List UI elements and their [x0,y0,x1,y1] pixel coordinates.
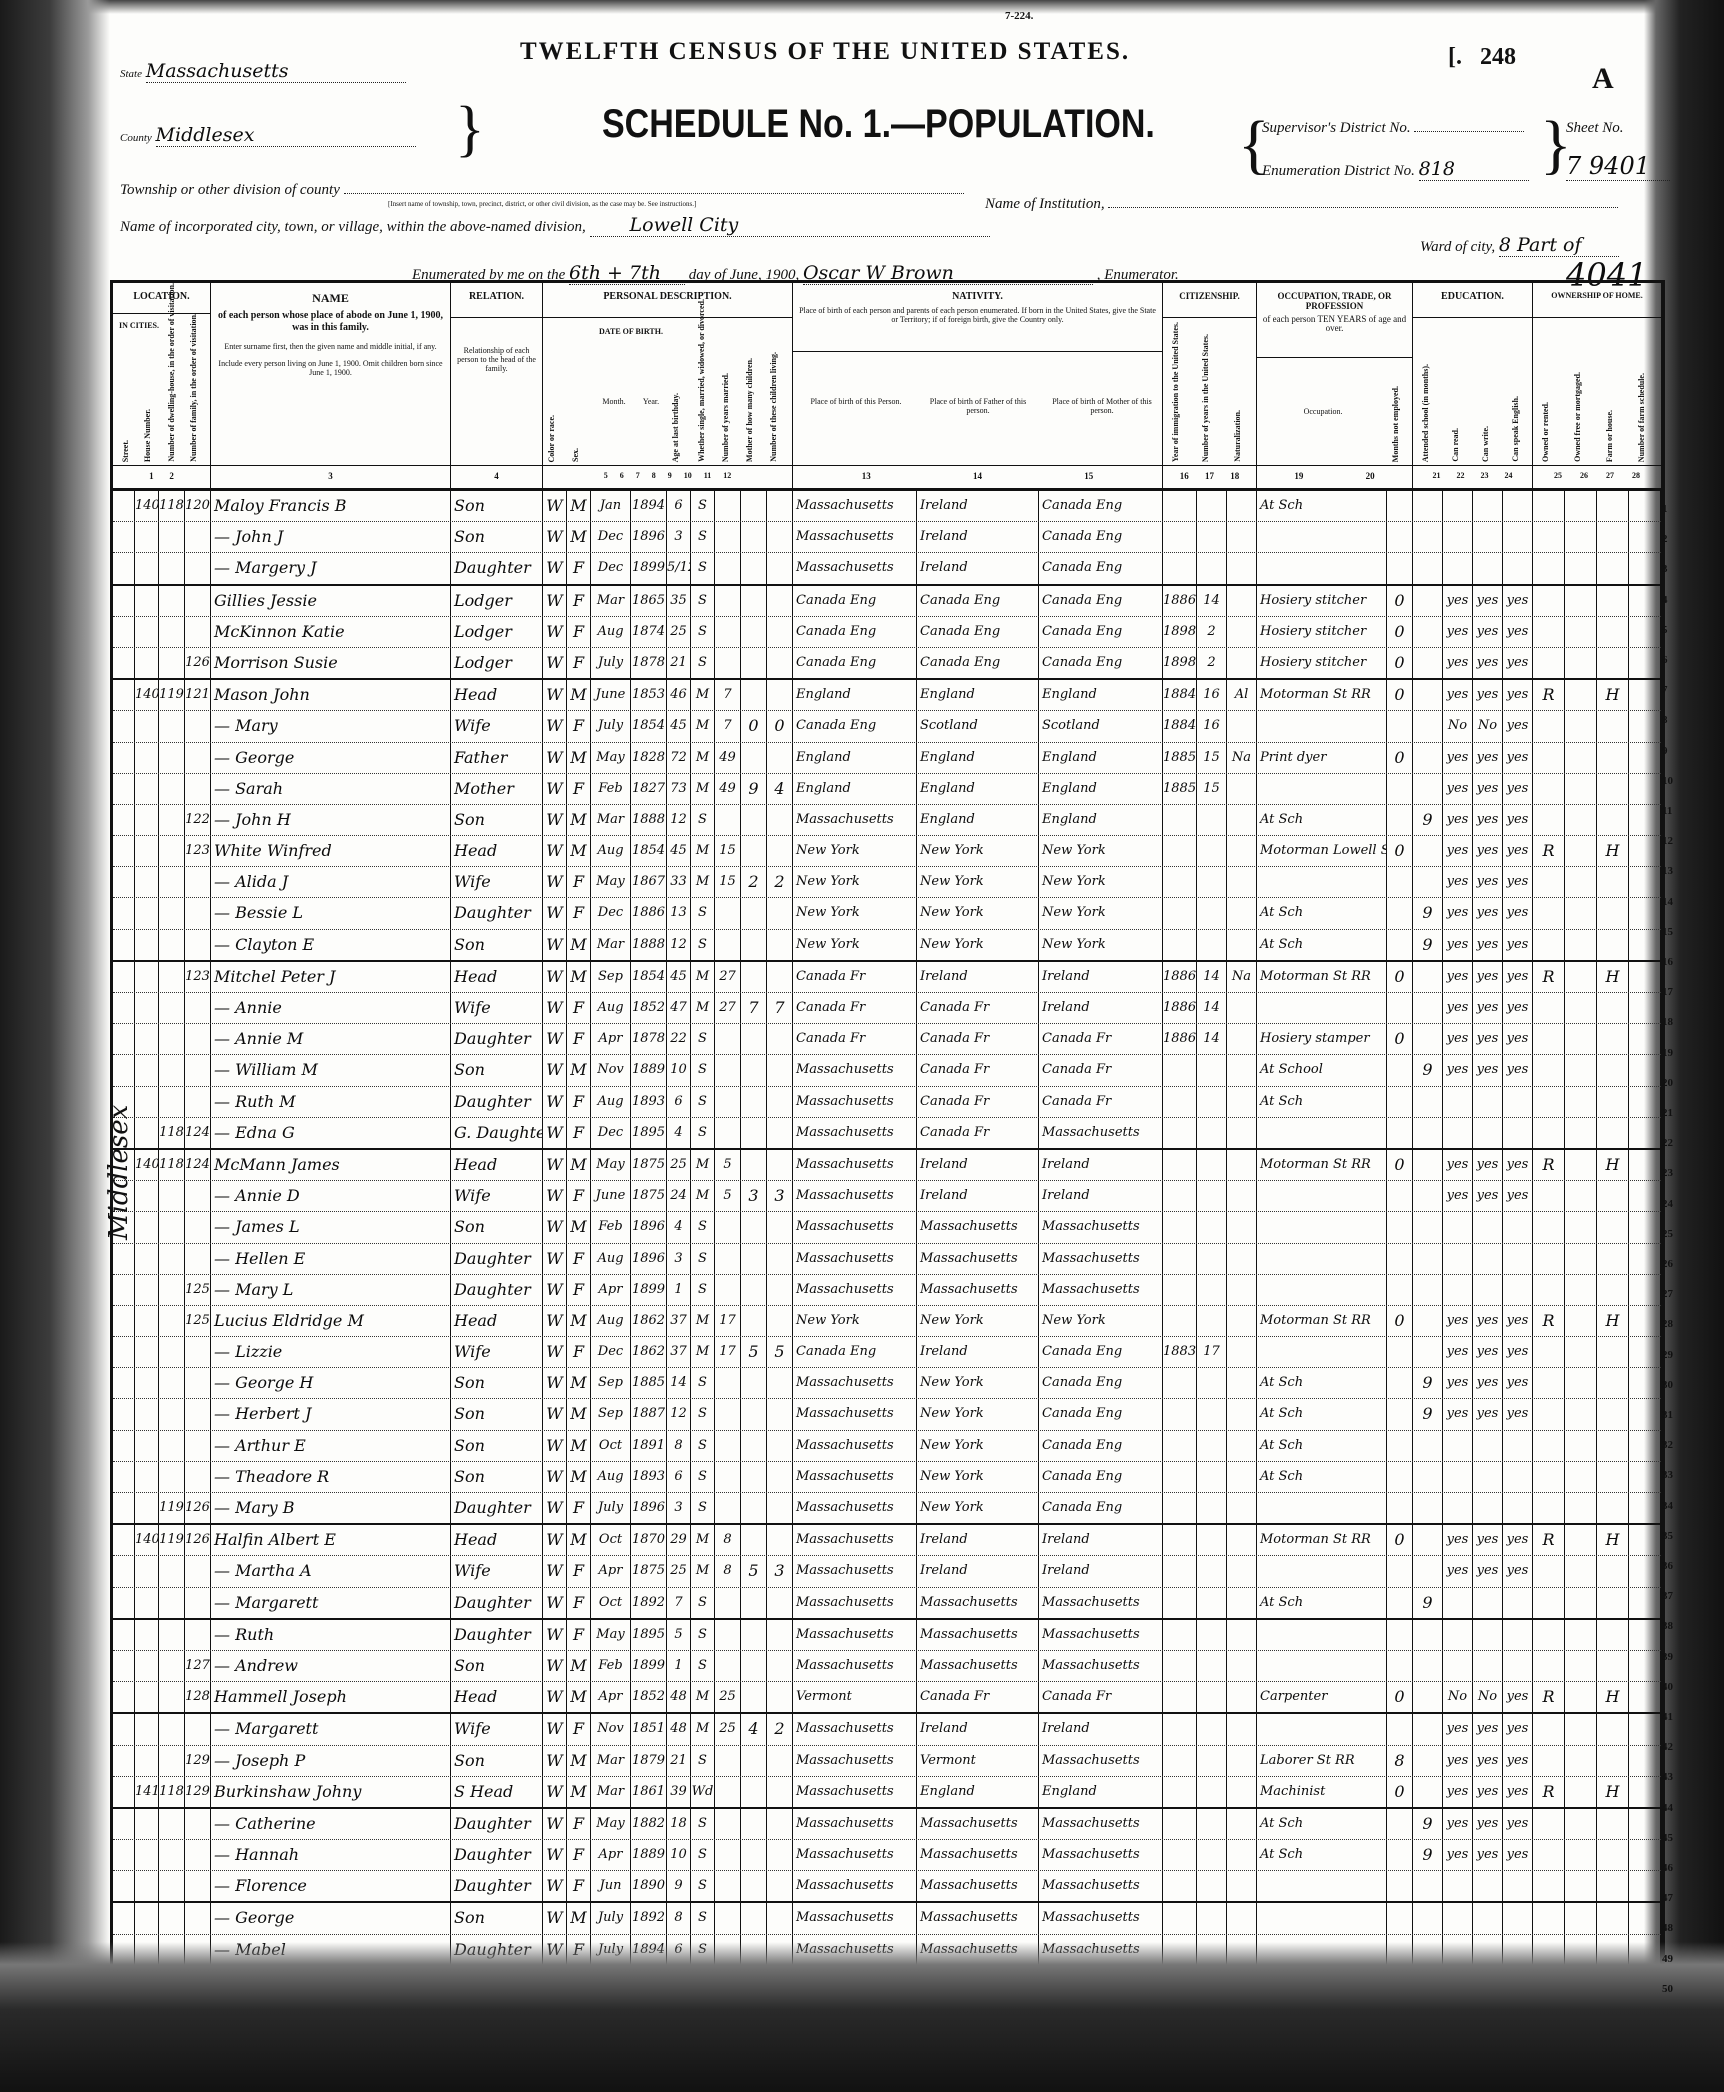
cell-month: Mar [591,930,631,960]
cell-month: Mar [591,586,631,616]
cell-mother-of: 5 [741,1337,767,1367]
cell-schedule [1629,743,1661,773]
cell-street [113,1840,135,1870]
cell-relation: Wife [451,1714,543,1744]
cell-mother-of [741,1368,767,1398]
cell-street [113,648,135,678]
cell-name: — Martha A [211,1556,451,1586]
cell-name: Maloy Francis B [211,491,451,521]
cell-schedule [1629,711,1661,741]
cell-school [1413,1087,1443,1117]
cell-family: 123 [185,962,211,992]
cell-english: yes [1503,1306,1533,1336]
cell-color: W [543,1368,567,1398]
cell-birth-mother: Canada Fr [1039,1087,1163,1117]
cell-relation: Mother [451,774,543,804]
table-row: — GeorgeFatherWMMay182872M49EnglandEngla… [113,743,1661,774]
cell-immig [1163,1682,1197,1712]
cell-birth-father: England [917,680,1039,710]
cell-free [1565,867,1597,897]
cell-immig: 1885 [1163,743,1197,773]
cell-sex: F [567,1714,591,1744]
cell-owned [1533,993,1565,1023]
cell-birth-person: New York [793,898,917,928]
line-number: 33 [1662,1469,1673,1481]
cell-age: 6 [667,491,691,521]
cell-marital: S [691,1244,715,1274]
cell-years-us: 16 [1197,711,1227,741]
cell-owned [1533,1651,1565,1681]
cell-immig [1163,1181,1197,1211]
cell-school [1413,1244,1443,1274]
cell-living [767,898,793,928]
cell-immig [1163,1588,1197,1618]
table-row: 118124— Edna GG. DaughterWFDec18954SMass… [113,1118,1661,1150]
cell-year: 1851 [631,1714,667,1744]
cell-living [767,1055,793,1085]
cell-write: yes [1473,805,1503,835]
cell-owned [1533,898,1565,928]
cell-birth-person: England [793,680,917,710]
table-row: — Alida JWifeWFMay186733M1522New YorkNew… [113,867,1661,898]
cell-birth-mother: Canada Eng [1039,586,1163,616]
cell-years-us [1197,1150,1227,1180]
cell-years-married: 7 [715,680,741,710]
table-row: — GeorgeSonWMJuly18928SMassachusettsMass… [113,1903,1661,1934]
cell-owned [1533,1024,1565,1054]
cell-house [135,1244,159,1274]
cell-occupation [1257,1903,1387,1933]
cell-sex: M [567,1306,591,1336]
cell-birth-mother: Canada Eng [1039,1337,1163,1367]
cell-year: 1899 [631,1651,667,1681]
sheet-letter: A [1592,62,1614,96]
cell-house [135,1903,159,1933]
cell-birth-father: Ireland [917,1525,1039,1555]
cell-name: — Andrew [211,1651,451,1681]
line-number: 35 [1662,1530,1673,1542]
table-row: — Martha AWifeWFApr187525M853Massachuset… [113,1556,1661,1587]
cell-read [1443,1087,1473,1117]
cell-occupation: At Sch [1257,1368,1387,1398]
cell-relation: Daughter [451,898,543,928]
cell-write [1473,1903,1503,1933]
cell-dwelling [159,1087,185,1117]
cell-name: Mitchel Peter J [211,962,451,992]
cell-family: 125 [185,1275,211,1305]
cell-mother-of: 9 [741,774,767,804]
scan-edge-top [0,0,1724,14]
line-number: 5 [1662,624,1668,636]
cell-schedule [1629,1212,1661,1242]
line-number: 4 [1662,594,1668,606]
cell-read [1443,1212,1473,1242]
cell-years-married [715,491,741,521]
cell-farm [1597,1118,1629,1148]
cell-sex: M [567,930,591,960]
cell-occupation: Laborer St RR [1257,1746,1387,1776]
cell-relation: Head [451,962,543,992]
cell-english [1503,1431,1533,1461]
cell-write: yes [1473,1809,1503,1839]
township-value [344,193,964,194]
cell-name: — Hellen E [211,1244,451,1274]
cell-occupation: Motorman St RR [1257,962,1387,992]
name-group-label: NAME [211,283,450,306]
cell-owned [1533,1840,1565,1870]
cell-school: 9 [1413,805,1443,835]
cell-street [113,1746,135,1776]
cell-years-married [715,1275,741,1305]
cell-write [1473,1651,1503,1681]
cell-marital: M [691,1306,715,1336]
line-number: 38 [1662,1620,1673,1632]
cell-birth-mother: Ireland [1039,962,1163,992]
cell-years-us [1197,898,1227,928]
cell-street [113,522,135,552]
cell-marital: S [691,522,715,552]
cell-english: yes [1503,1556,1533,1586]
cell-relation: Son [451,1431,543,1461]
cell-write: yes [1473,1181,1503,1211]
cell-birth-person: Massachusetts [793,1399,917,1429]
cell-years-married: 49 [715,774,741,804]
cell-read: yes [1443,743,1473,773]
cell-year: 1896 [631,522,667,552]
cell-occupation: At School [1257,1055,1387,1085]
line-number: 24 [1662,1198,1673,1210]
cell-unemployed [1387,1871,1413,1901]
cell-unemployed: 0 [1387,1150,1413,1180]
cell-marital: M [691,1181,715,1211]
cell-natz [1227,1024,1257,1054]
cell-age: 37 [667,1337,691,1367]
cell-years-us: 14 [1197,993,1227,1023]
table-row: 128Hammell JosephHeadWMApr185248M25Vermo… [113,1682,1661,1714]
cell-relation: Son [451,1903,543,1933]
cell-occupation: Motorman St RR [1257,1306,1387,1336]
cell-unemployed: 0 [1387,680,1413,710]
cell-years-us [1197,1244,1227,1274]
cell-marital: S [691,1024,715,1054]
cell-color: W [543,1212,567,1242]
cell-immig: 1884 [1163,680,1197,710]
cell-street [113,1244,135,1274]
township-field: Township or other division of county [120,182,980,199]
cell-family [185,1556,211,1586]
cell-english [1503,1275,1533,1305]
cell-occupation [1257,522,1387,552]
nativity-desc: Place of birth of each person and parent… [793,302,1162,328]
cell-sex: F [567,1024,591,1054]
cell-age: 12 [667,805,691,835]
cell-natz [1227,1777,1257,1807]
cell-owned [1533,1871,1565,1901]
cell-natz: Al [1227,680,1257,710]
cell-house [135,1493,159,1523]
cell-relation: Daughter [451,1087,543,1117]
cell-month: Dec [591,1118,631,1148]
relation-desc: Relationship of each person to the head … [451,342,542,377]
cell-sex: F [567,586,591,616]
cell-relation: Head [451,680,543,710]
cell-month: Apr [591,1840,631,1870]
cell-schedule [1629,836,1661,866]
cell-farm [1597,1493,1629,1523]
cell-free [1565,648,1597,678]
cell-owned [1533,1118,1565,1148]
cell-write: yes [1473,1840,1503,1870]
cell-natz [1227,1275,1257,1305]
cell-immig [1163,1275,1197,1305]
cell-street [113,1024,135,1054]
cell-years-married [715,1244,741,1274]
cell-sex: F [567,648,591,678]
cell-dwelling [159,1588,185,1618]
mother-of-label: Mother of how many children. [745,358,754,462]
cell-living [767,1368,793,1398]
cell-free [1565,1212,1597,1242]
cell-school [1413,1903,1443,1933]
cell-color: W [543,1525,567,1555]
cell-month: June [591,680,631,710]
cell-write: yes [1473,898,1503,928]
cell-age: 29 [667,1525,691,1555]
cell-year: 1886 [631,898,667,928]
cell-year: 1887 [631,1399,667,1429]
cell-sex: F [567,1809,591,1839]
line-number: 29 [1662,1349,1673,1361]
table-row: McKinnon KatieLodgerWFAug187425SCanada E… [113,617,1661,648]
cell-read [1443,1620,1473,1650]
cell-house [135,586,159,616]
cell-birth-mother: Canada Fr [1039,1024,1163,1054]
cell-street [113,743,135,773]
cell-age: 10 [667,1840,691,1870]
cell-name: — George H [211,1368,451,1398]
cell-house [135,711,159,741]
cell-birth-person: England [793,743,917,773]
cell-mother-of [741,1493,767,1523]
cell-owned [1533,1556,1565,1586]
cell-birth-father: Massachusetts [917,1840,1039,1870]
cell-school [1413,1777,1443,1807]
cell-house [135,553,159,583]
cell-school: 9 [1413,1399,1443,1429]
cell-month: Jun [591,1871,631,1901]
cell-family [185,1399,211,1429]
cell-read: yes [1443,1368,1473,1398]
cell-family [185,1244,211,1274]
relation-group-label: RELATION. [451,283,542,302]
cell-english: yes [1503,962,1533,992]
cell-years-married: 8 [715,1556,741,1586]
cell-birth-person: Canada Fr [793,962,917,992]
cell-age: 13 [667,898,691,928]
line-number: 30 [1662,1379,1673,1391]
cell-birth-mother: Canada Eng [1039,1368,1163,1398]
cell-family [185,1840,211,1870]
cell-natz [1227,898,1257,928]
cell-marital: S [691,648,715,678]
cell-dwelling [159,774,185,804]
cell-birth-father: Massachusetts [917,1212,1039,1242]
cell-house [135,1840,159,1870]
cell-birth-person: Massachusetts [793,1150,917,1180]
cell-month: May [591,1150,631,1180]
city-field: Name of incorporated city, town, or vill… [120,214,990,237]
cell-birth-father: Massachusetts [917,1903,1039,1933]
cell-years-us [1197,1087,1227,1117]
cell-free [1565,1903,1597,1933]
cell-natz [1227,1337,1257,1367]
cell-school [1413,1556,1443,1586]
cell-name: — Mary B [211,1493,451,1523]
cell-age: 14 [667,1368,691,1398]
line-number: 22 [1662,1137,1673,1149]
cell-free [1565,993,1597,1023]
cell-color: W [543,930,567,960]
line-number: 19 [1662,1047,1673,1059]
line-number: 49 [1662,1953,1673,1965]
cell-name: — Clayton E [211,930,451,960]
cell-birth-father: Vermont [917,1746,1039,1776]
cell-schedule [1629,1714,1661,1744]
institution-value [1108,207,1618,208]
cell-birth-father: New York [917,1431,1039,1461]
cell-free [1565,586,1597,616]
cell-color: W [543,617,567,647]
cell-mother-of [741,1150,767,1180]
cell-english [1503,1651,1533,1681]
cell-write: yes [1473,1525,1503,1555]
cell-street [113,1462,135,1492]
cell-free [1565,1118,1597,1148]
cell-mother-of [741,1903,767,1933]
cell-mother-of [741,586,767,616]
cell-years-us [1197,1181,1227,1211]
cell-year: 1890 [631,1871,667,1901]
cell-years-us [1197,836,1227,866]
cell-house [135,836,159,866]
cell-color: W [543,1714,567,1744]
cell-marital: S [691,1588,715,1618]
cell-birth-person: Massachusetts [793,1620,917,1650]
cell-write [1473,491,1503,521]
cell-birth-father: Ireland [917,962,1039,992]
cell-sex: M [567,743,591,773]
cell-family [185,930,211,960]
cell-house [135,1087,159,1117]
cell-english: yes [1503,805,1533,835]
cell-house [135,1368,159,1398]
cell-school [1413,1462,1443,1492]
county-label: County [120,132,152,144]
cell-family: 123 [185,836,211,866]
cell-street [113,1337,135,1367]
cell-color: W [543,586,567,616]
months-unemployed-label: Months not employed. [1391,386,1400,462]
cell-dwelling [159,1275,185,1305]
cell-immig [1163,1118,1197,1148]
cell-owned [1533,1368,1565,1398]
cell-birth-father: New York [917,867,1039,897]
cell-family [185,1181,211,1211]
cell-relation: Son [451,1746,543,1776]
cell-street [113,898,135,928]
table-row: 123Mitchel Peter JHeadWMSep185445M27Cana… [113,962,1661,993]
cell-relation: Head [451,1306,543,1336]
city-label: Name of incorporated city, town, or vill… [120,219,586,235]
cell-owned: R [1533,1777,1565,1807]
cell-month: Oct [591,1588,631,1618]
cell-dwelling [159,648,185,678]
cell-farm: H [1597,1306,1629,1336]
cell-read: yes [1443,1809,1473,1839]
cell-natz: Na [1227,743,1257,773]
cell-living [767,586,793,616]
cell-schedule [1629,1462,1661,1492]
cell-birth-father: New York [917,1306,1039,1336]
cell-sex: M [567,1368,591,1398]
cell-house [135,867,159,897]
cell-street [113,1651,135,1681]
cell-years-us [1197,1588,1227,1618]
cell-year: 1827 [631,774,667,804]
cell-farm [1597,930,1629,960]
cell-birth-person: Massachusetts [793,1871,917,1901]
cell-color: W [543,1746,567,1776]
cell-relation: Wife [451,993,543,1023]
cell-name: — Florence [211,1871,451,1901]
cell-school [1413,1493,1443,1523]
cell-family: 128 [185,1682,211,1712]
cell-year: 1853 [631,680,667,710]
cell-school [1413,1651,1443,1681]
cell-birth-father: New York [917,836,1039,866]
cell-schedule [1629,1368,1661,1398]
cell-dwelling [159,743,185,773]
cell-farm: H [1597,1525,1629,1555]
cell-name: — John J [211,522,451,552]
cell-living [767,1212,793,1242]
cell-street [113,711,135,741]
cell-owned [1533,586,1565,616]
cell-marital: S [691,1809,715,1839]
cell-read: yes [1443,680,1473,710]
cell-years-us [1197,553,1227,583]
cell-living [767,743,793,773]
cell-owned [1533,930,1565,960]
cell-owned [1533,491,1565,521]
cell-english [1503,1871,1533,1901]
cell-free [1565,1150,1597,1180]
cell-age: 33 [667,867,691,897]
cell-color: W [543,711,567,741]
cell-occupation: At Sch [1257,898,1387,928]
cell-owned [1533,805,1565,835]
cell-name: Morrison Susie [211,648,451,678]
cell-dwelling [159,1306,185,1336]
cell-natz [1227,1871,1257,1901]
cell-years-married [715,930,741,960]
cell-month: Apr [591,1024,631,1054]
table-body: 1407118120Maloy Francis BSonWMJan18946SM… [113,491,1661,2061]
cell-marital: S [691,1651,715,1681]
cell-dwelling [159,1714,185,1744]
cell-sex: M [567,491,591,521]
cell-owned [1533,1714,1565,1744]
